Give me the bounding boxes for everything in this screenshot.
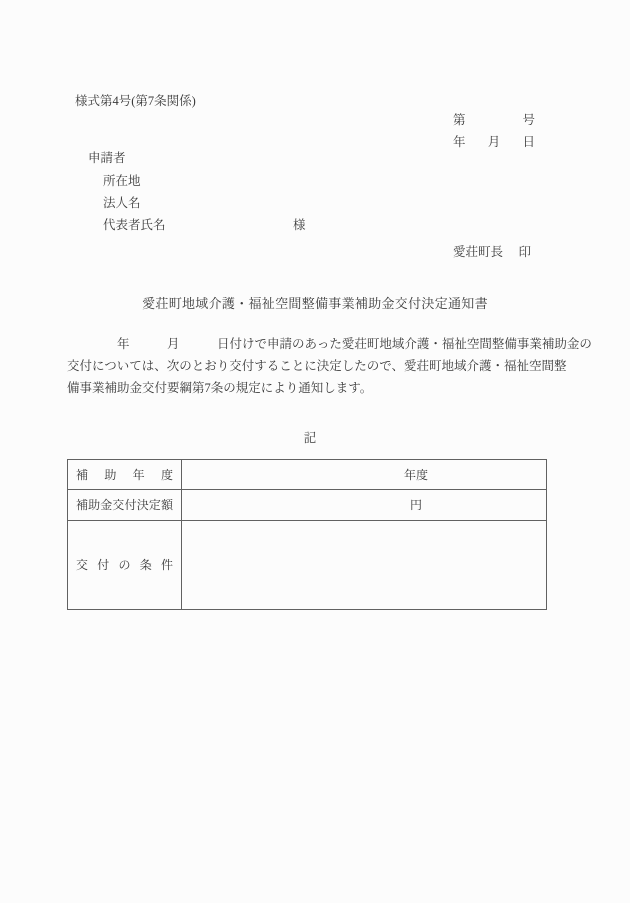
- document-page: 様式第4号(第7条関係) 第 号 年 月 日 申請者 所在地 法人名 代表者氏名…: [0, 0, 630, 903]
- table-row-value-grant-conditions: [182, 521, 546, 609]
- mayor-name: 愛荘町長: [453, 246, 503, 259]
- doc-number-prefix: 第: [453, 114, 466, 127]
- sender-line: 愛荘町長 印: [453, 246, 531, 259]
- year-label: 年: [453, 136, 466, 149]
- corporation-label: 法人名: [103, 197, 141, 210]
- form-number-label: 様式第4号(第7条関係): [75, 95, 196, 108]
- address-label: 所在地: [103, 175, 141, 188]
- date-line: 年 月 日: [453, 136, 535, 149]
- table-row-label-grant-amount: 補助金交付決定額: [68, 490, 182, 521]
- document-title: 愛荘町地域介護・福祉空間整備事業補助金交付決定通知書: [0, 297, 630, 310]
- body-paragraph-line1: 年 月 日付けで申請のあった愛荘町地域介護・福祉空間整備事業補助金の: [67, 338, 592, 351]
- doc-number-line: 第 号: [453, 114, 535, 127]
- table-row-label-fiscal-year: 補助年度: [68, 460, 182, 490]
- honorific-label: 様: [293, 219, 306, 232]
- representative-label: 代表者氏名: [103, 218, 166, 232]
- month-label: 月: [488, 136, 501, 149]
- table-row-label-grant-conditions: 交付の条件: [68, 521, 182, 609]
- applicant-label: 申請者: [88, 152, 126, 165]
- record-marker: 記: [0, 432, 620, 445]
- doc-number-suffix: 号: [522, 114, 535, 127]
- body-paragraph-line3: 備事業補助金交付要綱第7条の規定により通知します。: [67, 382, 372, 395]
- table-row-value-fiscal-year: 年度: [182, 460, 546, 490]
- decision-table: 補助年度 年度 補助金交付決定額 円 交付の条件: [67, 459, 547, 610]
- representative-line: 代表者氏名 様: [103, 219, 403, 232]
- seal-mark: 印: [518, 246, 531, 259]
- table-row-value-grant-amount: 円: [182, 490, 546, 521]
- body-paragraph-line2: 交付については、次のとおり交付することに決定したので、愛荘町地域介護・福祉空間整: [67, 360, 567, 373]
- day-label: 日: [522, 136, 535, 149]
